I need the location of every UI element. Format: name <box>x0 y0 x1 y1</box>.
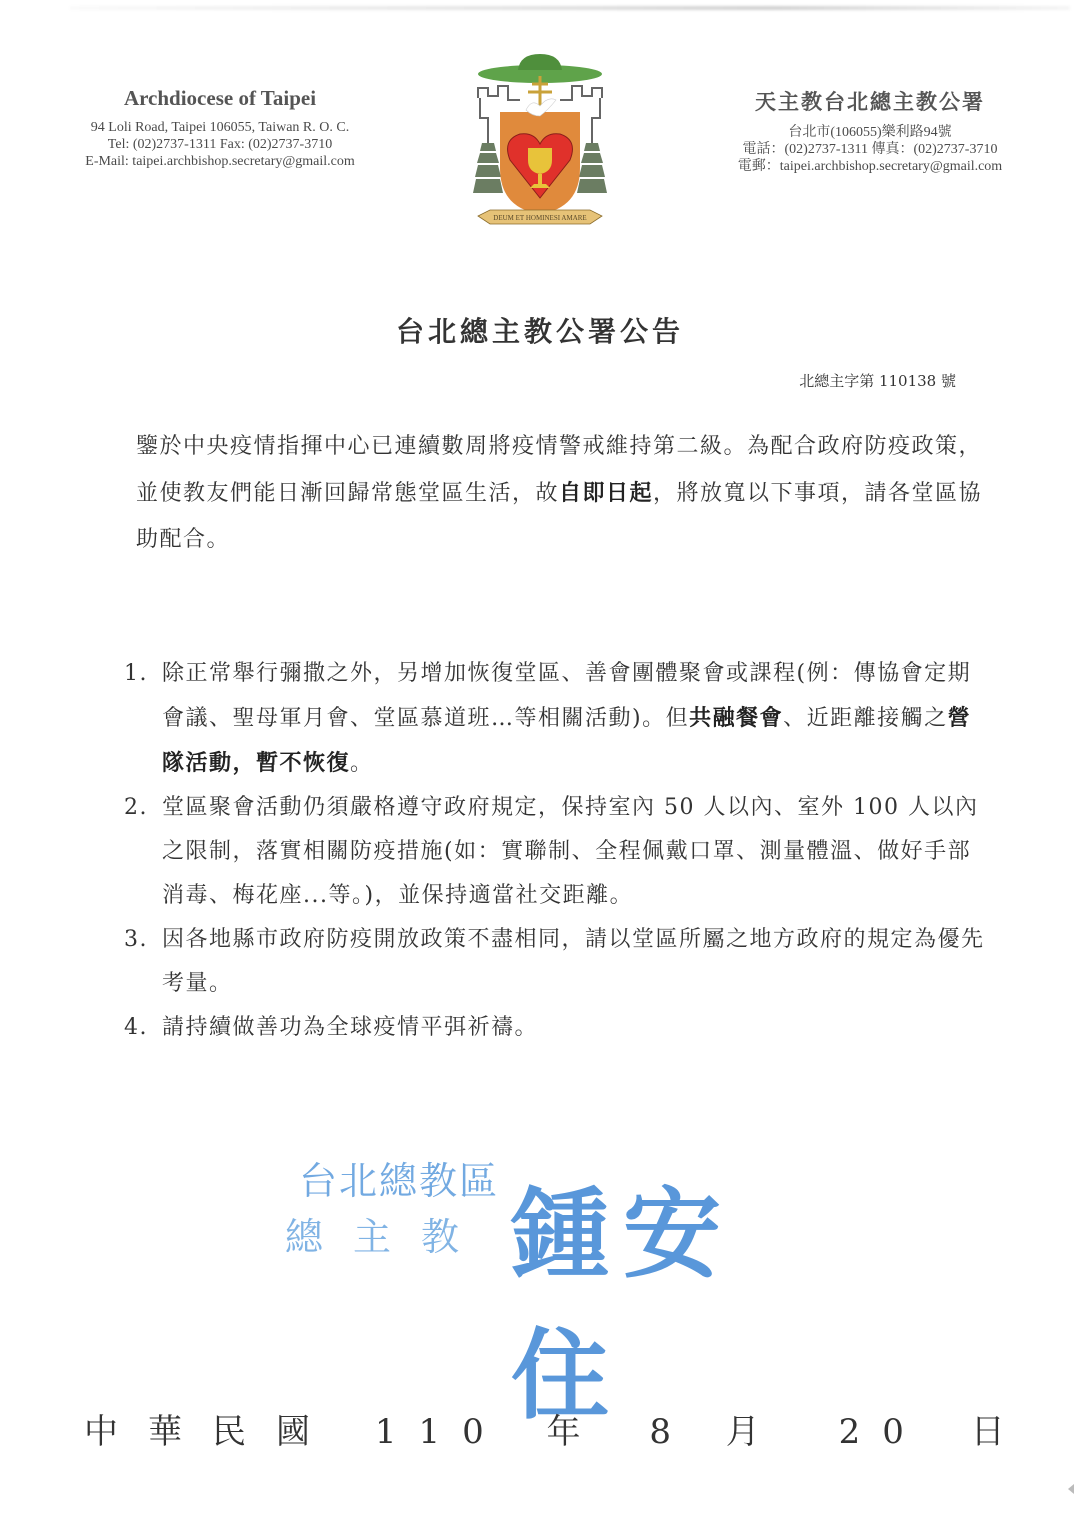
scan-corner-mark <box>1068 1484 1074 1494</box>
item-number: 4. <box>124 1006 148 1050</box>
list-item: 4. 請持續做善功為全球疫情平弭祈禱。 <box>124 1006 986 1050</box>
org-name-english: Archdiocese of Taipei <box>40 86 400 111</box>
seal-signatory-name: 鍾安住 <box>511 1156 805 1438</box>
intro-paragraph: 鑒於中央疫情指揮中心已連續數周將疫情警戒維持第二級。為配合政府防疫政策，並使教友… <box>136 424 986 563</box>
date-era: 中華民國 <box>84 1404 340 1453</box>
list-item: 2. 堂區聚會活動仍須嚴格遵守政府規定，保持室內 50 人以內、室外 100 人… <box>124 786 986 918</box>
item-number: 2. <box>124 786 148 830</box>
date-month-unit: 月 <box>726 1404 760 1453</box>
archbishop-seal-stamp: 台北總教區 總主教 鍾安住 <box>285 1150 805 1270</box>
date-year-unit: 年 <box>547 1404 581 1453</box>
address-chinese: 台北市(106055)樂利路94號 <box>700 124 1040 141</box>
item-number: 1. <box>124 652 148 696</box>
crest-motto: DEUM ET HOMINESI AMARE <box>493 214 586 222</box>
item-text: 請持續做善功為全球疫情平弭祈禱。 <box>162 1015 538 1040</box>
document-number: 北總主字第 110138 號 <box>799 370 956 391</box>
org-name-chinese: 天主教台北總主教公署 <box>700 86 1040 116</box>
email-chinese: 電郵：taipei.archbishop.secretary@gmail.com <box>700 158 1040 175</box>
item-bold-text: 共融餐會 <box>689 705 783 731</box>
announcement-items: 1. 除正常舉行彌撒之外，另增加恢復堂區、善會團體聚會或課程(例：傳協會定期會議… <box>124 652 986 1050</box>
scan-shadow-edge <box>70 6 1070 10</box>
phone-fax-chinese: 電話：(02)2737-1311 傳真：(02)2737-3710 <box>700 141 1040 158</box>
item-text: 。 <box>350 751 374 776</box>
phone-fax-english: Tel: (02)2737-1311 Fax: (02)2737-3710 <box>40 136 400 153</box>
item-text: 堂區聚會活動仍須嚴格遵守政府規定，保持室內 50 人以內、室外 100 人以內之… <box>162 795 978 908</box>
list-item: 3. 因各地縣市政府防疫開放政策不盡相同，請以堂區所屬之地方政府的規定為優先考量… <box>124 918 986 1006</box>
item-text: 因各地縣市政府防疫開放政策不盡相同，請以堂區所屬之地方政府的規定為優先考量。 <box>162 927 985 996</box>
archdiocese-crest-icon: DEUM ET HOMINESI AMARE <box>470 48 610 230</box>
address-english: 94 Loli Road, Taipei 106055, Taiwan R. O… <box>40 119 400 136</box>
document-date: 中華民國 110 年 8 月 20 日 <box>84 1404 1005 1453</box>
intro-bold-effective-date: 自即日起 <box>559 480 653 506</box>
date-month: 8 <box>649 1412 671 1452</box>
item-number: 3. <box>124 918 148 962</box>
date-day-unit: 日 <box>971 1404 1005 1453</box>
seal-title-line: 總主教 <box>285 1206 489 1261</box>
announcement-title: 台北總主教公署公告 <box>0 310 1080 350</box>
seal-archdiocese-line: 台北總教區 <box>299 1150 499 1205</box>
date-day: 20 <box>839 1412 926 1452</box>
list-item: 1. 除正常舉行彌撒之外，另增加恢復堂區、善會團體聚會或課程(例：傳協會定期會議… <box>124 652 986 786</box>
date-year: 110 <box>375 1412 506 1452</box>
item-text: 、近距離接觸之 <box>783 706 948 731</box>
letterhead-english: Archdiocese of Taipei 94 Loli Road, Taip… <box>40 86 400 170</box>
email-english: E-Mail: taipei.archbishop.secretary@gmai… <box>40 153 400 170</box>
letterhead-chinese: 天主教台北總主教公署 台北市(106055)樂利路94號 電話：(02)2737… <box>700 86 1040 175</box>
